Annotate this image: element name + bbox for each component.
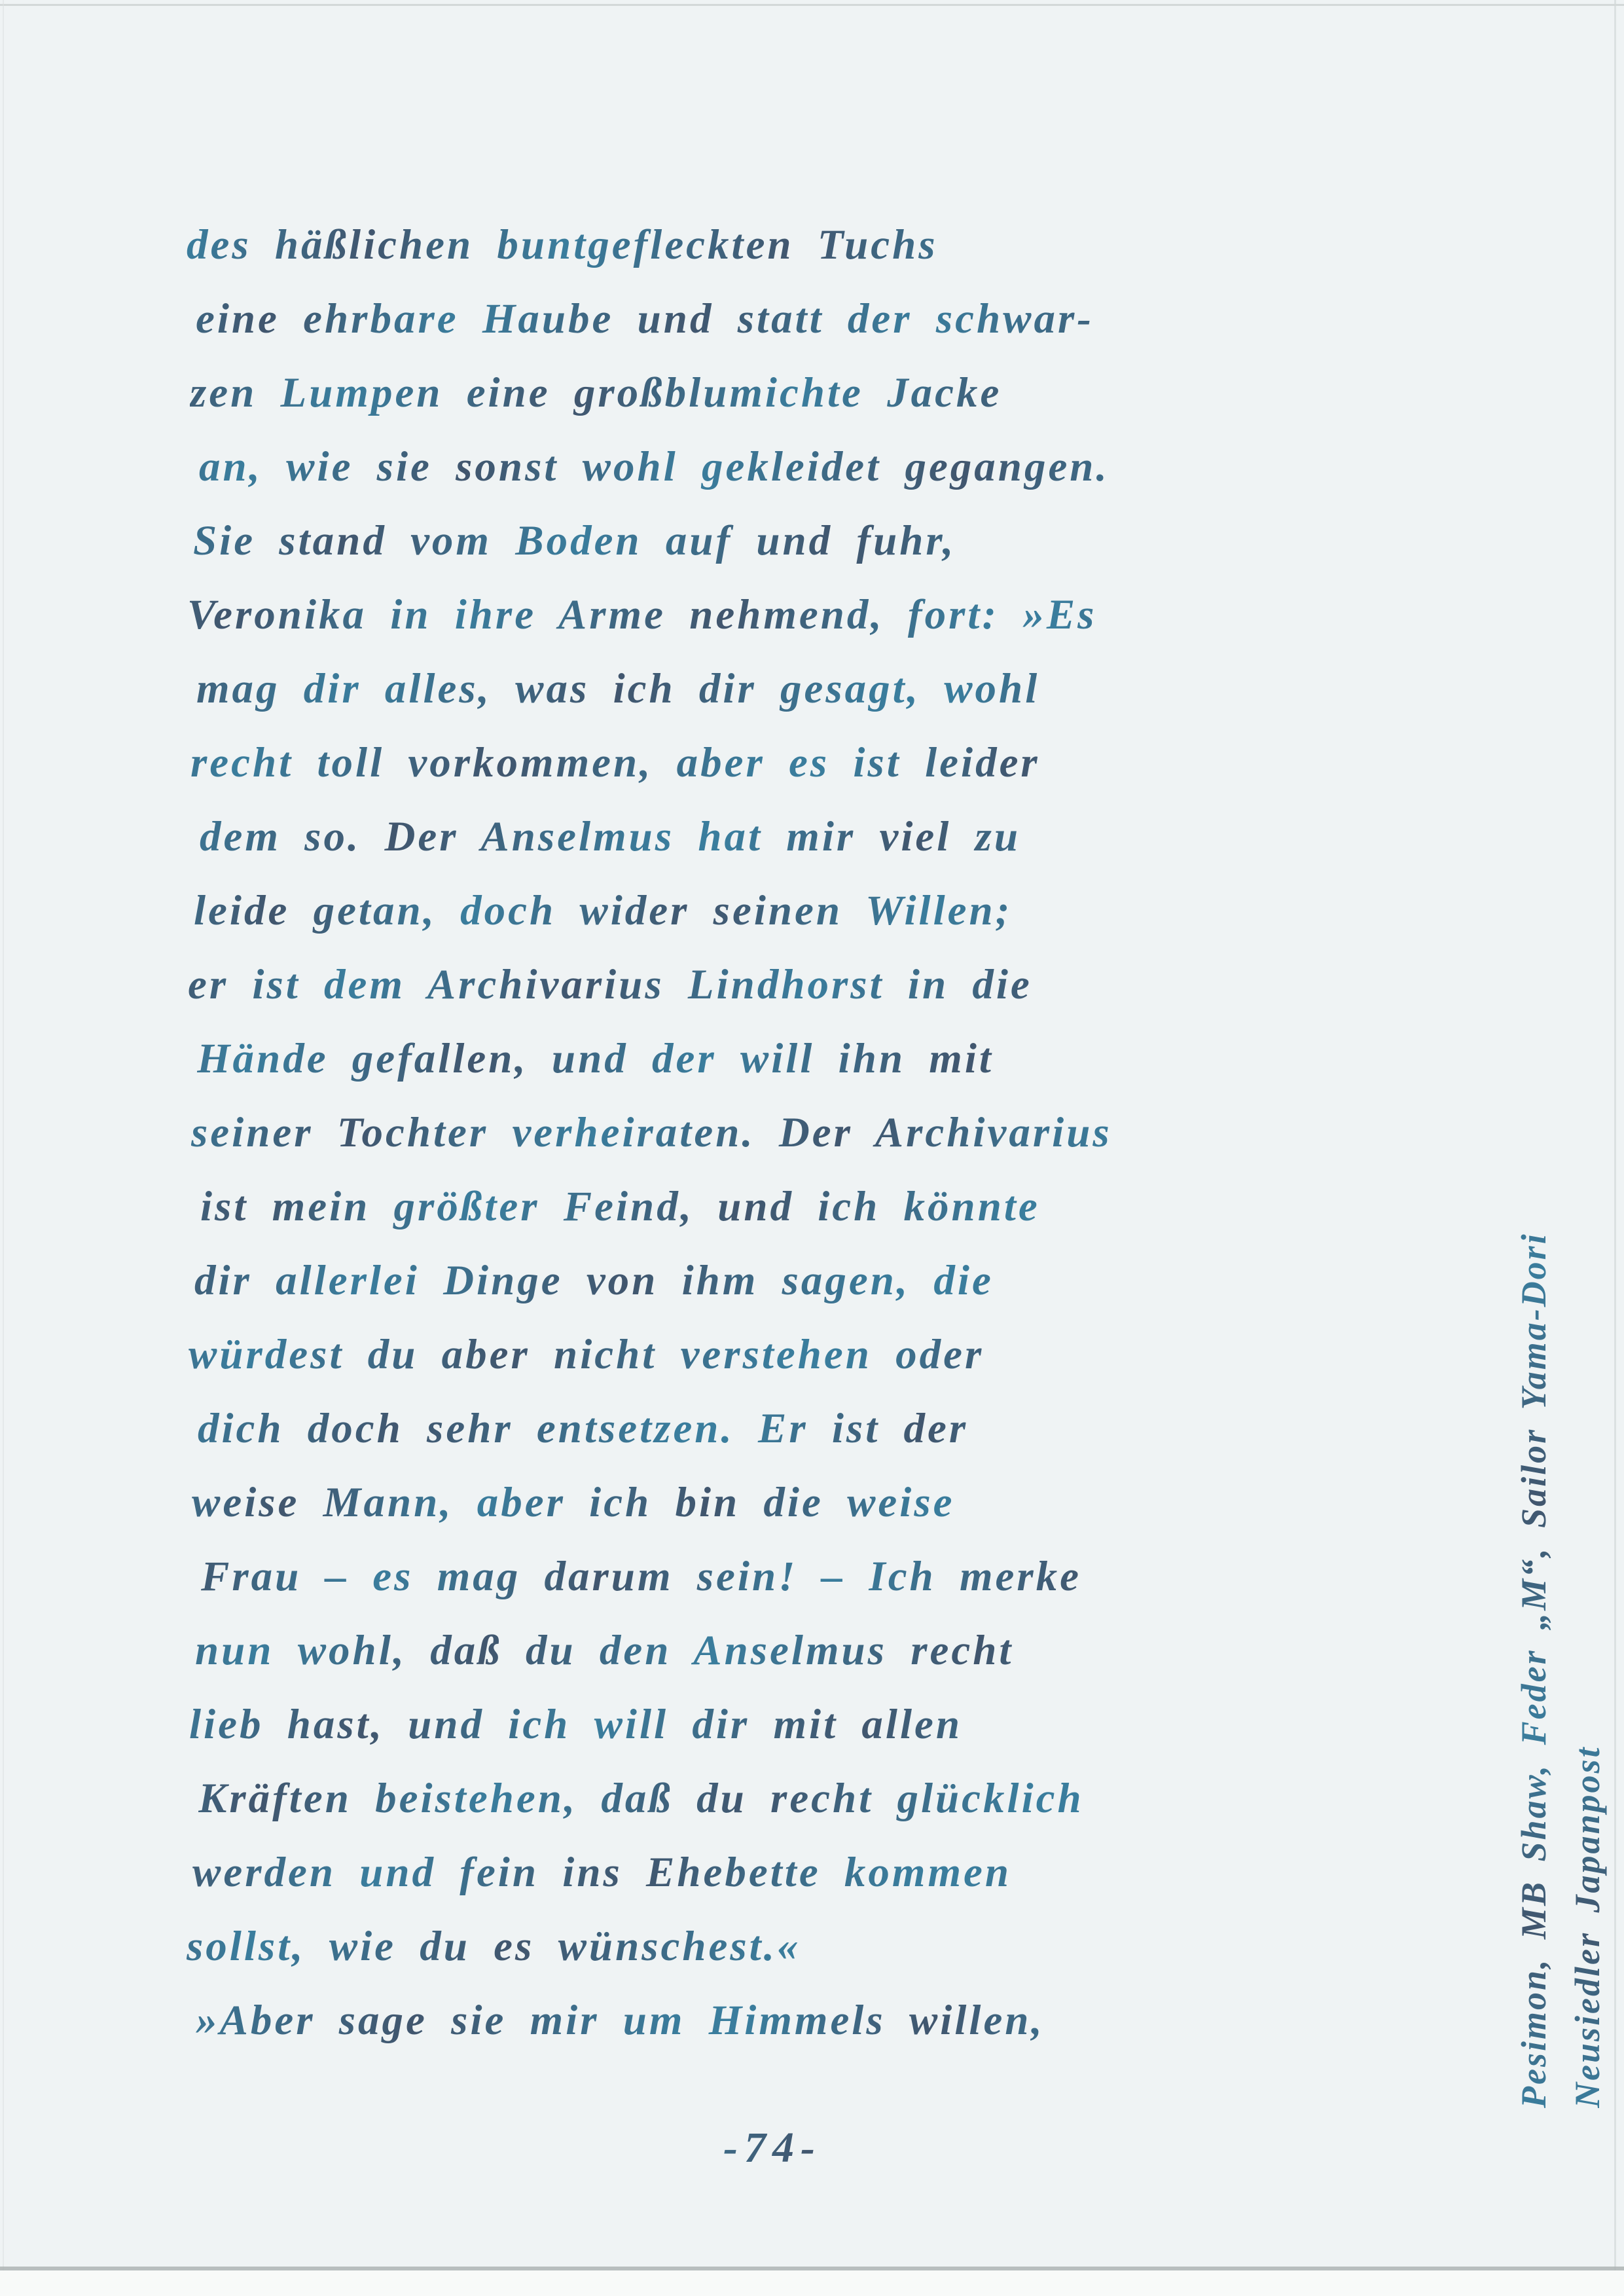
handwritten-line-9: dem so. Der Anselmus hat mir viel zu	[200, 800, 1477, 874]
margin-note-line-paper: Neusiedler Japanpost	[1561, 622, 1614, 2108]
handwritten-line-14: ist mein größter Feind, und ich könnte	[200, 1170, 1477, 1244]
manuscript-text-block: des häßlichen buntgefleckten Tuchseine e…	[194, 208, 1477, 2058]
scan-edge-bottom-margin	[0, 2270, 1624, 2296]
handwritten-line-1: des häßlichen buntgefleckten Tuchs	[187, 208, 1477, 282]
handwritten-line-13: seiner Tochter verheiraten. Der Archivar…	[191, 1096, 1477, 1170]
page-number: -74-	[628, 2112, 916, 2184]
scan-edge-right	[1614, 0, 1616, 2296]
handwritten-line-6: Veronika in ihre Arme nehmend, fort: »Es	[187, 578, 1477, 652]
handwritten-line-12: Hände gefallen, und der will ihn mit	[197, 1022, 1477, 1096]
handwritten-line-11: er ist dem Archivarius Lindhorst in die	[188, 948, 1477, 1022]
handwritten-line-25: »Aber sage sie mir um Himmels willen,	[196, 1984, 1477, 2058]
handwritten-line-7: mag dir alles, was ich dir gesagt, wohl	[196, 652, 1477, 726]
handwritten-line-20: nun wohl, daß du den Anselmus recht	[195, 1614, 1477, 1688]
handwritten-line-22: Kräften beistehen, daß du recht glücklic…	[198, 1762, 1477, 1836]
handwritten-line-21: lieb hast, und ich will dir mit allen	[189, 1688, 1477, 1762]
handwritten-line-16: würdest du aber nicht verstehen oder	[189, 1318, 1477, 1392]
handwritten-line-5: Sie stand vom Boden auf und fuhr,	[193, 504, 1477, 578]
handwritten-line-3: zen Lumpen eine großblumichte Jacke	[190, 356, 1477, 430]
margin-note-rotated: Pesimon, MB Shaw, Feder „M“, Sailor Yama…	[1507, 622, 1614, 2108]
scanned-manuscript-page: des häßlichen buntgefleckten Tuchseine e…	[0, 0, 1624, 2296]
handwritten-line-8: recht toll vorkommen, aber es ist leider	[190, 726, 1477, 800]
scan-edge-left	[3, 0, 4, 2296]
handwritten-line-19: Frau – es mag darum sein! – Ich merke	[201, 1540, 1477, 1614]
handwritten-line-2: eine ehrbare Haube und statt der schwar-	[196, 282, 1477, 356]
handwritten-line-17: dich doch sehr entsetzen. Er ist der	[198, 1392, 1477, 1466]
handwritten-line-23: werden und fein ins Ehebette kommen	[192, 1836, 1477, 1910]
handwritten-line-18: weise Mann, aber ich bin die weise	[192, 1466, 1477, 1540]
scan-edge-top	[0, 4, 1624, 6]
handwritten-line-24: sollst, wie du es wünschest.«	[187, 1910, 1477, 1984]
margin-note-line-pen-ink: Pesimon, MB Shaw, Feder „M“, Sailor Yama…	[1507, 622, 1561, 2108]
handwritten-line-15: dir allerlei Dinge von ihm sagen, die	[194, 1244, 1477, 1318]
handwritten-line-4: an, wie sie sonst wohl gekleidet gegange…	[199, 430, 1477, 504]
handwritten-line-10: leide getan, doch wider seinen Willen;	[194, 874, 1477, 948]
